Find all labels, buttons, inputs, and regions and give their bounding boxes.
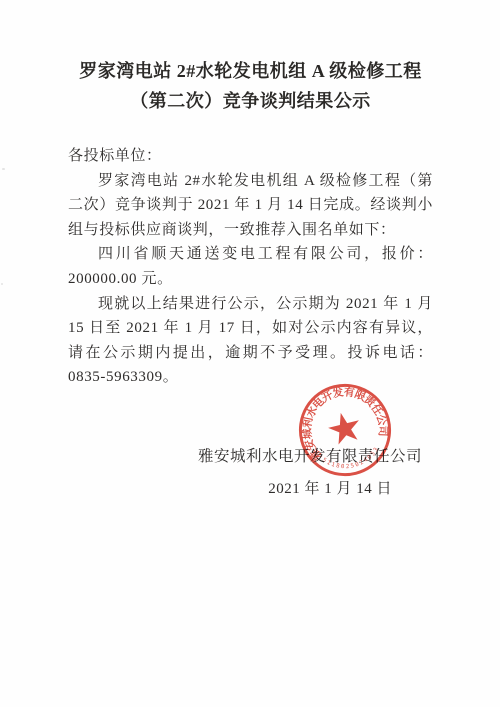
scan-speck: [1, 283, 3, 285]
body-paragraph-2: 四川省顺天通送变电工程有限公司，报价：200000.00 元。: [68, 242, 433, 291]
title-line-2: （第二次）竞争谈判结果公示: [130, 91, 371, 111]
company-name: 雅安城利水电开发有限责任公司: [68, 444, 422, 466]
notice-text: 各投标单位： 罗家湾电站 2#水轮发电机组 A 级检修工程（第二次）竞争谈判于 …: [68, 144, 433, 390]
signature-block: 雅安城利水电开发有限责任公司 2021 年 1 月 14 日: [68, 444, 433, 498]
body-paragraph-3: 现就以上结果进行公示，公示期为 2021 年 1 月 15 日至 2021 年 …: [68, 292, 433, 390]
signature-date: 2021 年 1 月 14 日: [68, 477, 392, 498]
body-paragraph-1: 罗家湾电站 2#水轮发电机组 A 级检修工程（第二次）竞争谈判于 2021 年 …: [68, 169, 433, 243]
document-body: 罗家湾电站 2#水轮发电机组 A 级检修工程 （第二次）竞争谈判结果公示 各投标…: [0, 0, 500, 498]
scan-speck: [2, 168, 5, 170]
salutation: 各投标单位：: [68, 144, 433, 169]
scanned-notice-page: 罗家湾电站 2#水轮发电机组 A 级检修工程 （第二次）竞争谈判结果公示 各投标…: [0, 0, 500, 707]
title-line-1: 罗家湾电站 2#水轮发电机组 A 级检修工程: [79, 61, 422, 81]
document-title: 罗家湾电站 2#水轮发电机组 A 级检修工程 （第二次）竞争谈判结果公示: [68, 56, 433, 116]
